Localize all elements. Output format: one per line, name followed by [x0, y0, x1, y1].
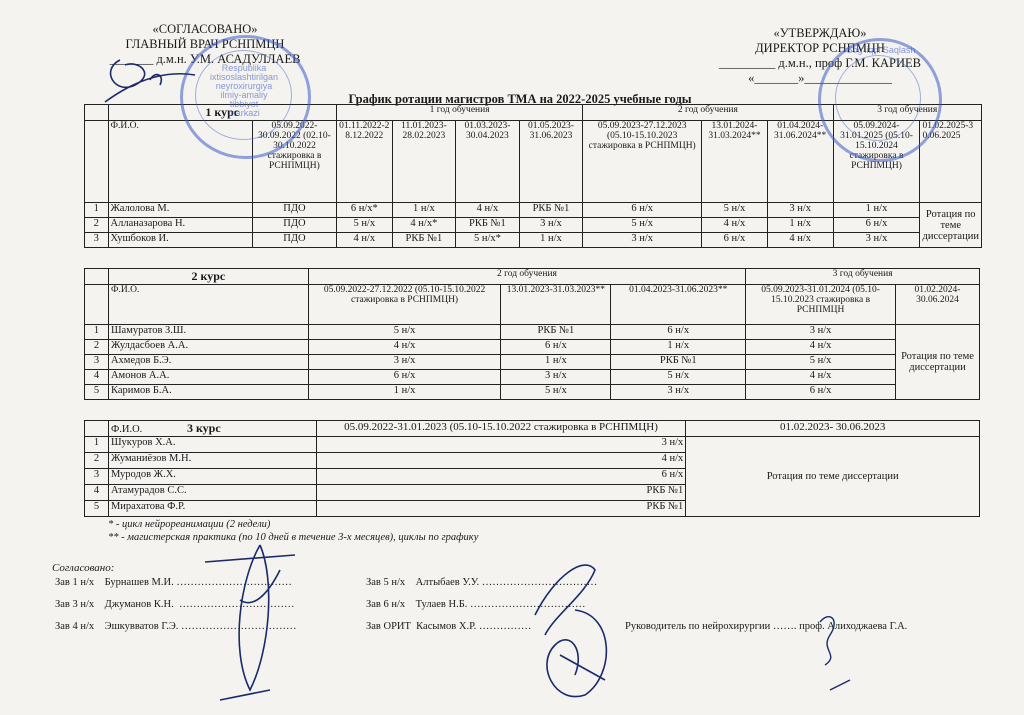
rotation-cell: 5 н/х [336, 218, 392, 233]
table-row: 5Каримов Б.А.1 н/х5 н/х3 н/х6 н/х [85, 385, 980, 400]
rotation-cell: 5 н/х [583, 218, 702, 233]
rotation-cell: 4 н/х [308, 340, 501, 355]
rotation-cell: ПДО [252, 218, 336, 233]
rotation-cell: 1 н/х [501, 355, 611, 370]
rotation-cell: 6 н/х [501, 340, 611, 355]
period-header: 05.09.2022-31.01.2023 (05.10-15.10.2022 … [316, 421, 686, 437]
rotation-cell: 4 н/х* [392, 218, 456, 233]
table-row: 1Шукуров Х.А.3 н/хРотация по теме диссер… [85, 437, 980, 453]
rotation-cell: 3 н/х [583, 233, 702, 248]
period-header: 05.09.2023-27.12.2023 (05.10-15.10.2023 … [583, 121, 702, 203]
footnote-star: * - цикл нейрореанимации (2 недели) [108, 519, 478, 532]
period-header: 01.02.2023- 30.06.2023 [686, 421, 980, 437]
period-header: 01.04.2024-31.06.2024** [767, 121, 833, 203]
student-name: Шукуров Х.А. [108, 437, 316, 453]
agreed-label: «СОГЛАСОВАНО» [95, 22, 315, 37]
rotation-cell: 6 н/х* [336, 203, 392, 218]
period-header: 01.03.2023-30.04.2023 [456, 121, 520, 203]
table-row: 1Шамуратов З.Ш.5 н/хРКБ №16 н/х3 н/хРота… [85, 325, 980, 340]
student-name: Алланазарова Н. [108, 218, 252, 233]
rotation-cell: РКБ №1 [611, 355, 746, 370]
course2-table: 2 курс 2 год обучения 3 год обучения Ф.И… [84, 268, 980, 400]
period-header: 01.11.2022-28.12.2022 [336, 121, 392, 203]
rotation-cell: 4 н/х [746, 370, 896, 385]
rotation-cell: 5 н/х* [456, 233, 520, 248]
rotation-cell: 6 н/х [583, 203, 702, 218]
student-name: Жулдасбоев А.А. [108, 340, 308, 355]
rotation-cell: 5 н/х [308, 325, 501, 340]
rotation-cell: ПДО [252, 233, 336, 248]
student-name: Муродов Ж.Х. [108, 469, 316, 485]
rotation-cell: 5 н/х [501, 385, 611, 400]
course2-label: 2 курс [108, 269, 308, 285]
rotation-cell: 4 н/х [336, 233, 392, 248]
rotation-cell: 5 н/х [746, 355, 896, 370]
student-name: Амонов А.А. [108, 370, 308, 385]
rotation-cell: 6 н/х [746, 385, 896, 400]
rotation-cell: 4 н/х [746, 340, 896, 355]
rotation-cell: 3 н/х [501, 370, 611, 385]
rotation-cell: РКБ №1 [519, 203, 583, 218]
rotation-cell: 3 н/х [519, 218, 583, 233]
row-number: 4 [85, 370, 109, 385]
period-header: 01.05.2023-31.06.2023 [519, 121, 583, 203]
rotation-cell: РКБ №1 [392, 233, 456, 248]
signature-icon [515, 555, 625, 705]
period-header: 13.01.2024-31.03.2024** [702, 121, 768, 203]
row-number: 1 [85, 203, 109, 218]
period-header: 01.04.2023-31.06.2023** [611, 285, 746, 325]
period-header: 01.02.2024-30.06.2024 [895, 285, 979, 325]
rotation-cell: 4 н/х [702, 218, 768, 233]
row-number: 2 [85, 453, 109, 469]
fio-header: Ф.И.О. [108, 285, 308, 325]
approver-line: Зав ОРИТ Касымов Х.Р. …………… [366, 621, 531, 632]
agreed-heading: Согласовано: [52, 562, 114, 574]
signature-icon [95, 40, 215, 110]
student-name: Ахмедов Б.Э. [108, 355, 308, 370]
year3-header: 3 год обучения [746, 269, 980, 285]
rotation-cell: 6 н/х [611, 325, 746, 340]
year2-header: 2 год обучения [308, 269, 745, 285]
period-header: 11.01.2023-28.02.2023 [392, 121, 456, 203]
row-number: 3 [85, 355, 109, 370]
table-row: 4Амонов А.А.6 н/х3 н/х5 н/х4 н/х [85, 370, 980, 385]
course3-table: Ф.И.О. 3 курс 05.09.2022-31.01.2023 (05.… [84, 420, 980, 517]
table-row: 1Жалолова М.ПДО6 н/х*1 н/х4 н/хРКБ №16 н… [85, 203, 982, 218]
row-number: 3 [85, 469, 109, 485]
rotation-cell: 1 н/х [308, 385, 501, 400]
student-name: Шамуратов З.Ш. [108, 325, 308, 340]
rotation-cell: 1 н/х [767, 218, 833, 233]
student-name: Хушбоков И. [108, 233, 252, 248]
fio-header: Ф.И.О. [111, 424, 142, 435]
student-name: Каримов Б.А. [108, 385, 308, 400]
year2-header: 2 год обучения [583, 105, 833, 121]
table-row: 2Жулдасбоев А.А.4 н/х6 н/х1 н/х4 н/х [85, 340, 980, 355]
rotation-cell: 6 н/х [308, 370, 501, 385]
rotation-cell: РКБ №1 [316, 485, 686, 501]
year1-header: 1 год обучения [336, 105, 582, 121]
rotation-cell: РКБ №1 [456, 218, 520, 233]
stamp-right-icon: Sog'liqni Saqlash [818, 38, 942, 162]
rotation-cell: 4 н/х [767, 233, 833, 248]
row-number: 1 [85, 325, 109, 340]
student-name: Жалолова М. [108, 203, 252, 218]
period-header: 05.09.2023-31.01.2024 (05.10-15.10.2023 … [746, 285, 896, 325]
dissertation-rotation-cell: Ротация по теме диссертации [920, 203, 982, 248]
row-number: 1 [85, 437, 109, 453]
row-number: 2 [85, 340, 109, 355]
row-number: 2 [85, 218, 109, 233]
table-row: 2Алланазарова Н.ПДО5 н/х4 н/х*РКБ №13 н/… [85, 218, 982, 233]
signature-icon [800, 610, 860, 700]
rotation-cell: 6 н/х [702, 233, 768, 248]
rotation-cell: 5 н/х [702, 203, 768, 218]
stamp-text-line: markazi [208, 109, 280, 118]
table-row: 3Хушбоков И.ПДО4 н/хРКБ №15 н/х*1 н/х3 н… [85, 233, 982, 248]
rotation-cell: 3 н/х [767, 203, 833, 218]
rotation-cell: 3 н/х [611, 385, 746, 400]
rotation-cell: ПДО [252, 203, 336, 218]
rotation-cell: 6 н/х [833, 218, 920, 233]
dissertation-rotation-cell: Ротация по теме диссертации [686, 437, 980, 517]
student-name: Мирахатова Ф.Р. [108, 501, 316, 517]
rotation-cell: 1 н/х [519, 233, 583, 248]
rotation-cell: 5 н/х [611, 370, 746, 385]
rotation-cell: РКБ №1 [501, 325, 611, 340]
rotation-cell: 3 н/х [316, 437, 686, 453]
rotation-cell: 6 н/х [316, 469, 686, 485]
rotation-cell: 1 н/х [611, 340, 746, 355]
student-name: Жуманиёзов М.Н. [108, 453, 316, 469]
rotation-cell: 1 н/х [833, 203, 920, 218]
row-number: 5 [85, 385, 109, 400]
fio-course-header: Ф.И.О. 3 курс [108, 421, 316, 437]
rotation-cell: 3 н/х [746, 325, 896, 340]
student-name: Атамурадов С.С. [108, 485, 316, 501]
rotation-cell: РКБ №1 [316, 501, 686, 517]
rotation-cell: 3 н/х [308, 355, 501, 370]
period-header: 05.09.2022-27.12.2022 (05.10-15.10.2022 … [308, 285, 501, 325]
row-number: 5 [85, 501, 109, 517]
rotation-cell: 1 н/х [392, 203, 456, 218]
table-row: 3Ахмедов Б.Э.3 н/х1 н/хРКБ №15 н/х [85, 355, 980, 370]
period-header: 13.01.2023-31.03.2023** [501, 285, 611, 325]
approve-label: «УТВЕРЖДАЮ» [700, 26, 940, 41]
rotation-cell: 3 н/х [833, 233, 920, 248]
head-of-neurosurgery-line: Руководитель по нейрохирургии ……. проф. … [625, 621, 907, 632]
dissertation-rotation-cell: Ротация по теме диссертации [895, 325, 979, 400]
row-number: 4 [85, 485, 109, 501]
row-number: 3 [85, 233, 109, 248]
course3-label: 3 курс [187, 421, 221, 435]
rotation-cell: 4 н/х [316, 453, 686, 469]
rotation-cell: 4 н/х [456, 203, 520, 218]
signature-icon [200, 540, 310, 710]
